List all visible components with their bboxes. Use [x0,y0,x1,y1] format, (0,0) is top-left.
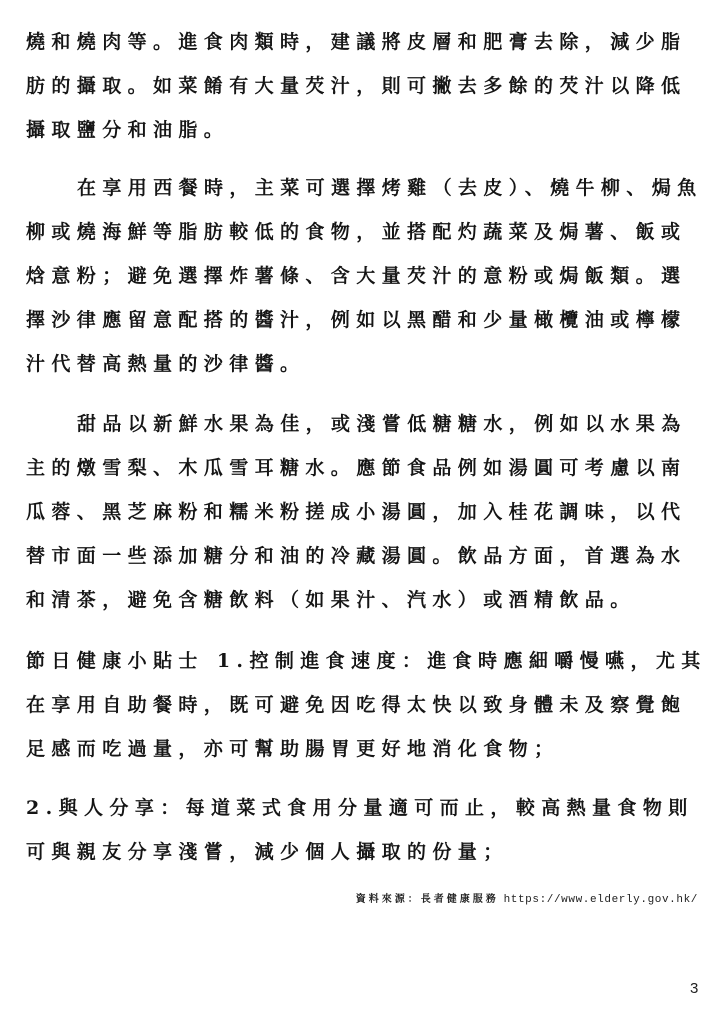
text-line: 主的燉雪梨、木瓜雪耳糖水。應節食品例如湯圓可考慮以南 [26,455,686,481]
text-line: 攝取鹽分和油脂。 [26,117,229,143]
text-line: 擇沙律應留意配搭的醬汁，例如以黑醋和少量橄欖油或檸檬 [26,307,686,333]
text-line: 在享用西餐時，主菜可選擇烤雞（去皮）、燒牛柳、焗魚 [77,175,703,201]
text-line: 柳或燒海鮮等脂肪較低的食物，並搭配灼蔬菜及焗薯、飯或 [26,219,686,245]
source-label: 資料來源：長者健康服務 [356,894,499,905]
text-line: 肪的攝取。如菜餚有大量芡汁，則可撇去多餘的芡汁以降低 [26,73,686,99]
text-line: 足感而吃過量，亦可幫助腸胃更好地消化食物； [26,736,559,762]
source-citation: 資料來源：長者健康服務 https://www.elderly.gov.hk/ [356,892,698,908]
text-line: 甜品以新鮮水果為佳，或淺嘗低糖糖水，例如以水果為 [77,411,687,437]
text-line: 燒和燒肉等。進食肉類時，建議將皮層和肥膏去除，減少脂 [26,29,686,55]
text-line: 瓜蓉、黑芝麻粉和糯米粉搓成小湯圓，加入桂花調味，以代 [26,499,686,525]
text-line: 和清茶，避免含糖飲料（如果汁、汽水）或酒精飲品。 [26,587,636,613]
text-line: 可與親友分享淺嘗，減少個人攝取的份量； [26,839,509,865]
document-page: 燒和燒肉等。進食肉類時，建議將皮層和肥膏去除，減少脂 肪的攝取。如菜餚有大量芡汁… [0,0,724,1024]
text-line: 節日健康小貼士 1.控制進食速度：進食時應細嚼慢嚥，尤其 [26,648,707,674]
text-line: 汁代替高熱量的沙律醬。 [26,351,305,377]
page-number: 3 [690,980,698,997]
text-line: 2.與人分享：每道菜式食用分量適可而止，較高熱量食物則 [26,795,694,821]
text-line: 替市面一些添加糖分和油的冷藏湯圓。飲品方面，首選為水 [26,543,686,569]
source-url: https://www.elderly.gov.hk/ [504,894,698,906]
text-line: 在享用自助餐時，既可避免因吃得太快以致身體未及察覺飽 [26,692,686,718]
text-line: 焓意粉；避免選擇炸薯條、含大量芡汁的意粉或焗飯類。選 [26,263,686,289]
